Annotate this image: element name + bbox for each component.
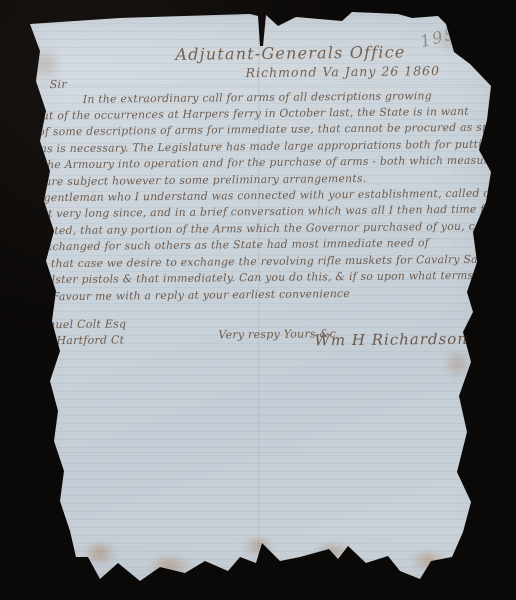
body-line: the Armoury into operation and for the p… xyxy=(42,152,501,173)
body-line: Favour me with a reply at your earliest … xyxy=(52,286,350,305)
signature: Wm H Richardson A Genl Va xyxy=(314,329,516,350)
handwriting-layer: Adjutant-Generals Office Richmond Va Jan… xyxy=(0,0,516,600)
letter-paper: Adjutant-Generals Office Richmond Va Jan… xyxy=(0,0,516,600)
letter-photograph: Adjutant-Generals Office Richmond Va Jan… xyxy=(0,0,516,600)
salutation: Sir xyxy=(50,78,67,91)
body-line: holster pistols & that immediately. Can … xyxy=(38,268,480,289)
ink-speck xyxy=(50,494,53,498)
letterhead-office: Adjutant-Generals Office xyxy=(175,42,405,63)
letterhead-dateline: Richmond Va Jany 26 1860 xyxy=(246,63,441,80)
addressee-name: Samuel Colt Esq xyxy=(30,317,126,331)
addressee-city: Hartford Ct xyxy=(56,333,124,347)
